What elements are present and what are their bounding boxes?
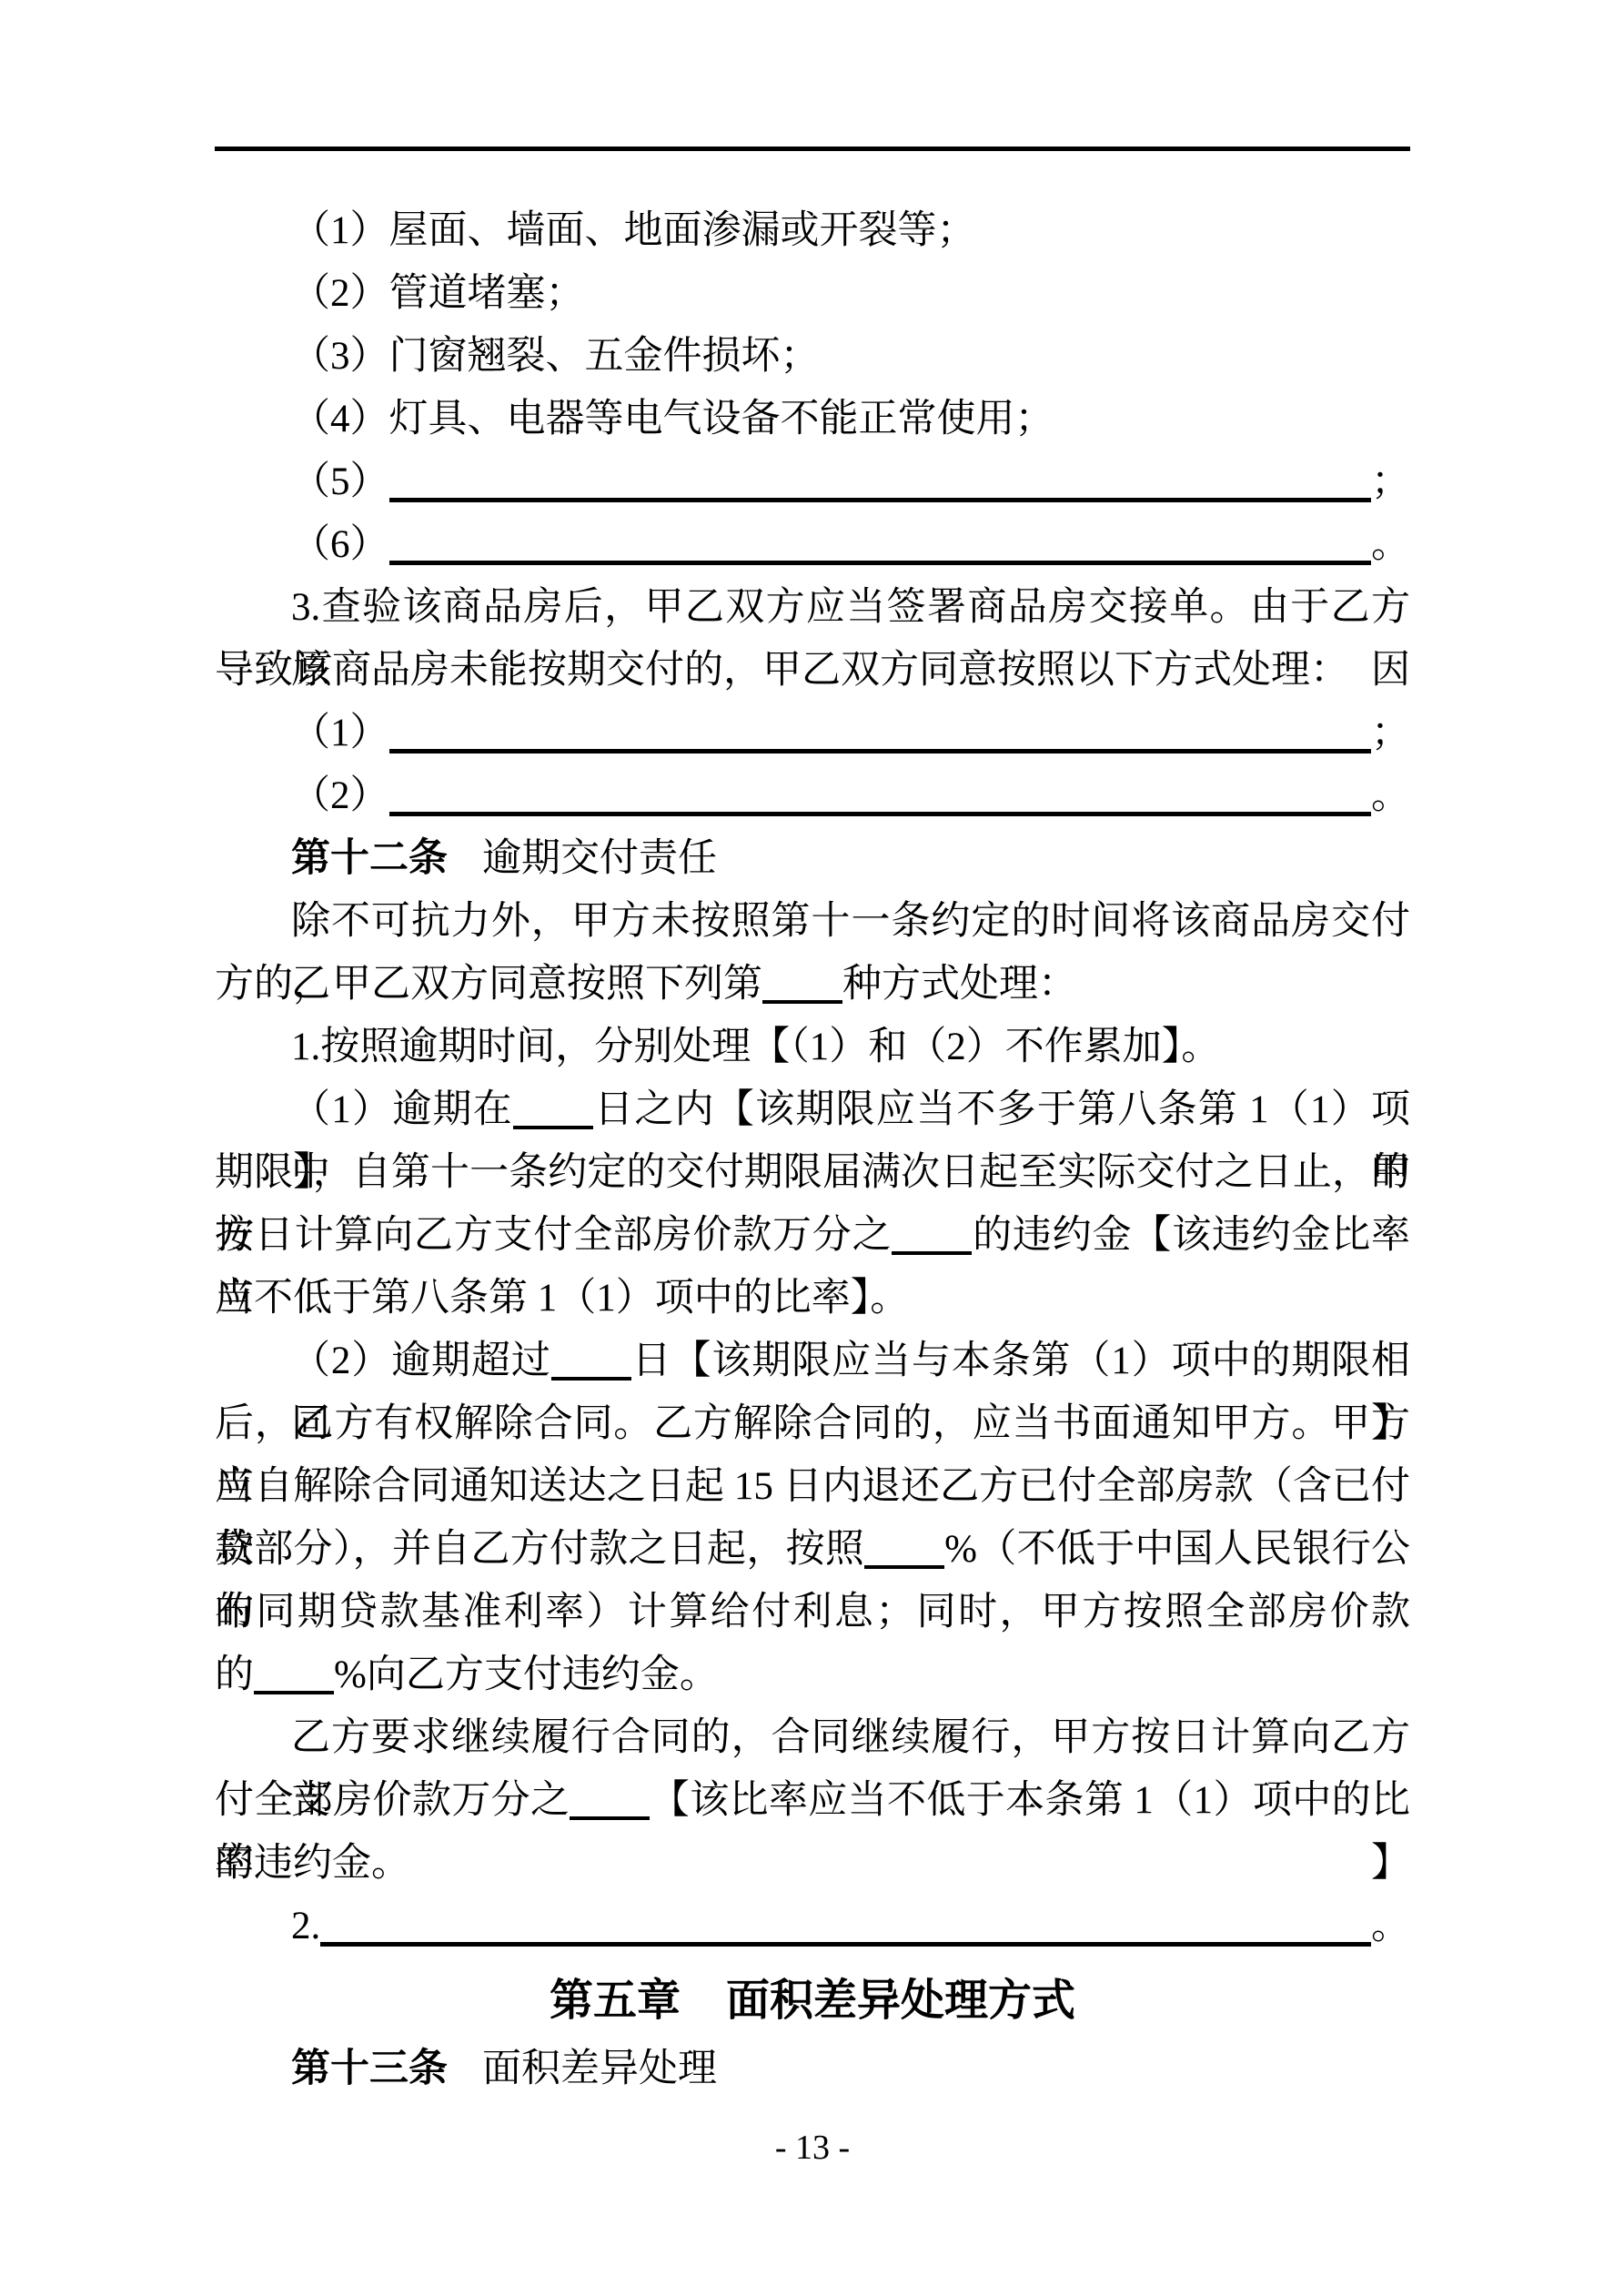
document-line: 导致该商品房未能按期交付的，甲乙双方同意按照以下方式处理： (215, 639, 1410, 702)
blank-entry-line: （1）； (215, 702, 1410, 764)
line-text: 的 (215, 1654, 254, 1696)
document-body: （1）屋面、墙面、地面渗漏或开裂等；（2）管道堵塞；（3）门窗翘裂、五金件损坏；… (215, 199, 1410, 2100)
chapter-number-label: 第五章 (550, 1977, 681, 2025)
blank-underline (389, 812, 1372, 816)
line-text: （4）灯具、电器等电气设备不能正常使用； (291, 398, 1054, 440)
line-text: 的同期贷款基准利率）计算给付利息；同时，甲方按照全部房价款 (215, 1591, 1410, 1633)
inline-blank-underline (513, 1087, 593, 1129)
document-line: （1）逾期在日之内【该期限应当不多于第八条第 1（1）项中的 (215, 1078, 1410, 1141)
chapter-title: 面积差异处理方式 (726, 1977, 1075, 2025)
blank-underline (389, 561, 1372, 565)
document-line: 除不可抗力外，甲方未按照第十一条约定的时间将该商品房交付乙 (215, 890, 1410, 953)
document-line: （2）逾期超过日【该期限应当与本条第（1）项中的期限相同】 (215, 1330, 1410, 1392)
blank-entry-line: 2.。 (215, 1895, 1410, 1957)
document-line: （1）屋面、墙面、地面渗漏或开裂等； (215, 199, 1410, 262)
article-heading: 第十三条面积差异处理 (215, 2038, 1410, 2100)
line-text: （1）逾期在 (291, 1088, 513, 1131)
blank-underline (320, 1942, 1371, 1947)
document-line: 1.按照逾期时间，分别处理【（1）和（2）不作累加】。 (215, 1016, 1410, 1078)
page-number: - 13 - (215, 2126, 1410, 2170)
contract-document-page: { "page": { "number_label": "- 13 -" }, … (0, 0, 1624, 2296)
document-line: 付全部房价款万分之【该比率应当不低于本条第 1（1）项中的比率】 (215, 1769, 1410, 1832)
inline-blank-underline (864, 1526, 944, 1569)
blank-entry-line: （6）。 (215, 513, 1410, 576)
article-heading: 第十二条逾期交付责任 (215, 827, 1410, 890)
document-line: 按日计算向乙方支付全部房价款万分之的违约金【该违约金比率应 (215, 1204, 1410, 1267)
blank-entry-punctuation: 。 (1371, 1895, 1410, 1957)
line-text: 款部分），并自乙方付款之日起，按照 (215, 1528, 864, 1571)
inline-blank-underline (254, 1652, 334, 1694)
article-title: 面积差异处理 (482, 2048, 717, 2090)
blank-entry-punctuation: ； (1371, 702, 1410, 764)
blank-entry-label: 2. (291, 1895, 320, 1957)
line-text: 的违约金。 (215, 1842, 410, 1885)
line-text: 付全部房价款万分之 (215, 1779, 570, 1822)
document-line: 乙方要求继续履行合同的，合同继续履行，甲方按日计算向乙方支 (215, 1706, 1410, 1769)
line-text: （1）屋面、墙面、地面渗漏或开裂等； (291, 209, 976, 252)
line-text: 导致该商品房未能按期交付的，甲乙双方同意按照以下方式处理： (215, 649, 1349, 692)
document-line: （4）灯具、电器等电气设备不能正常使用； (215, 388, 1410, 450)
document-line: 后，乙方有权解除合同。乙方解除合同的，应当书面通知甲方。甲方应 (215, 1392, 1410, 1455)
chapter-heading: 第五章面积差异处理方式 (215, 1965, 1410, 2038)
blank-entry-line: （2）。 (215, 764, 1410, 827)
line-text: 种方式处理： (842, 963, 1077, 1006)
blank-entry-label: （1） (291, 702, 389, 764)
blank-entry-label: （5） (291, 450, 389, 513)
article-number-label: 第十三条 (291, 2047, 448, 2090)
line-text: 1.按照逾期时间，分别处理【（1）和（2）不作累加】。 (291, 1026, 1220, 1068)
blank-underline (389, 749, 1372, 754)
blank-entry-label: （6） (291, 513, 389, 576)
document-line: （3）门窗翘裂、五金件损坏； (215, 325, 1410, 388)
blank-entry-punctuation: 。 (1371, 764, 1410, 827)
line-text: （2）管道堵塞； (291, 272, 585, 315)
line-text: （2）逾期超过 (291, 1340, 551, 1382)
document-line: 的%向乙方支付违约金。 (215, 1644, 1410, 1706)
blank-entry-line: （5）； (215, 450, 1410, 513)
line-text: 按日计算向乙方支付全部房价款万分之 (215, 1214, 892, 1257)
article-title: 逾期交付责任 (482, 837, 717, 880)
document-line: 3.查验该商品房后，甲乙双方应当签署商品房交接单。由于乙方原因 (215, 576, 1410, 639)
blank-underline (389, 498, 1372, 502)
line-text: 当不低于第八条第 1（1）项中的比率】。 (215, 1277, 909, 1320)
article-number-label: 第十二条 (291, 836, 448, 880)
document-line: 款部分），并自乙方付款之日起，按照%（不低于中国人民银行公布 (215, 1518, 1410, 1581)
header-rule (215, 147, 1410, 151)
line-text: %向乙方支付违约金。 (334, 1654, 719, 1696)
line-text: （3）门窗翘裂、五金件损坏； (291, 335, 820, 378)
document-line: 当自解除合同通知送达之日起 15 日内退还乙方已付全部房款（含已付贷 (215, 1455, 1410, 1518)
line-text: 方的，甲乙双方同意按照下列第 (215, 963, 762, 1006)
document-line: 方的，甲乙双方同意按照下列第种方式处理： (215, 953, 1410, 1016)
inline-blank-underline (892, 1212, 972, 1255)
blank-entry-punctuation: 。 (1371, 513, 1410, 576)
document-line: 当不低于第八条第 1（1）项中的比率】。 (215, 1267, 1410, 1330)
blank-entry-label: （2） (291, 764, 389, 827)
inline-blank-underline (570, 1777, 650, 1820)
document-line: 期限】，自第十一条约定的交付期限届满次日起至实际交付之日止，甲方 (215, 1141, 1410, 1204)
inline-blank-underline (762, 961, 842, 1004)
inline-blank-underline (551, 1338, 631, 1381)
document-line: （2）管道堵塞； (215, 262, 1410, 325)
blank-entry-punctuation: ； (1371, 450, 1410, 513)
document-line: 的同期贷款基准利率）计算给付利息；同时，甲方按照全部房价款 (215, 1581, 1410, 1644)
